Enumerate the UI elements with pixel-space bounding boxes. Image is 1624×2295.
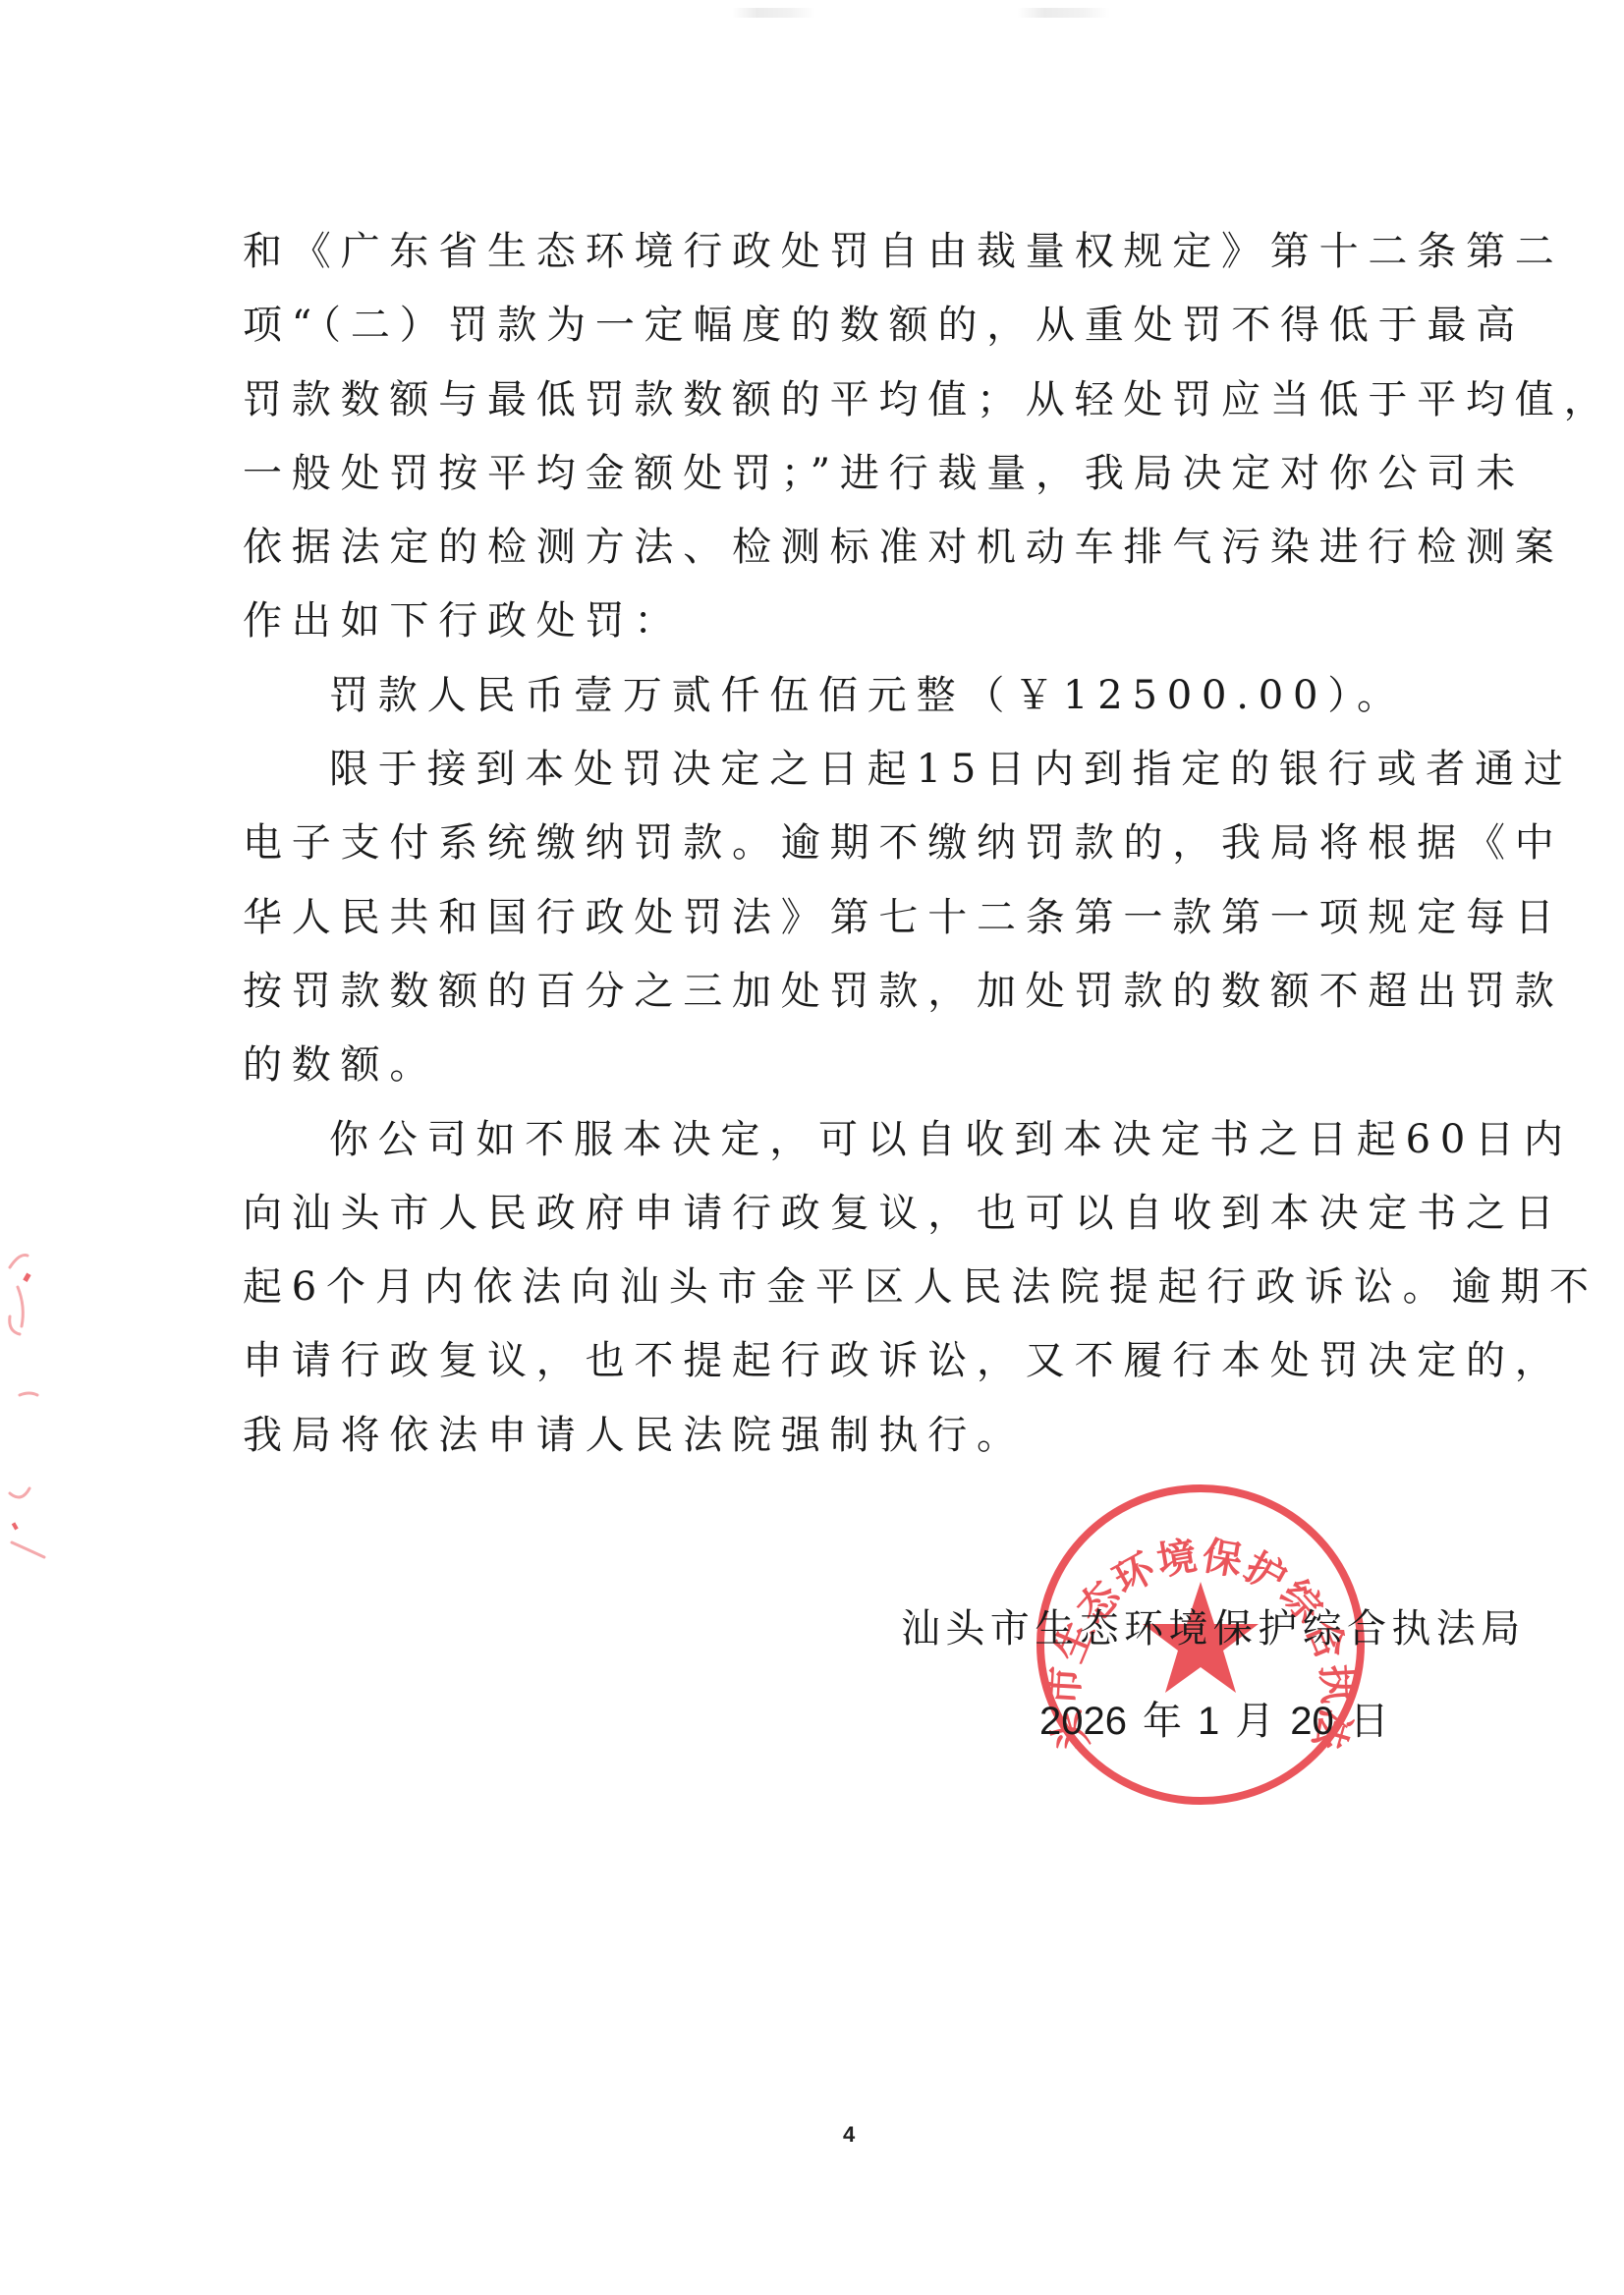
paragraph-line: 限于接到本处罚决定之日起15日内到指定的银行或者通过	[243, 740, 1431, 813]
paragraph-line: 按罚款数额的百分之三加处罚款，加处罚款的数额不超出罚款	[243, 962, 1431, 1036]
paragraph-line: 向汕头市人民政府申请行政复议，也可以自收到本决定书之日	[243, 1184, 1431, 1258]
paragraph-line: 的数额。	[243, 1036, 1431, 1109]
paragraph-line: 电子支付系统缴纳罚款。逾期不缴纳罚款的，我局将根据《中	[243, 813, 1431, 887]
issuer-signature: 汕头市生态环境保护综合执法局	[901, 1601, 1526, 1656]
paragraph-line: 申请行政复议，也不提起行政诉讼，又不履行本处罚决定的，	[243, 1331, 1431, 1405]
paragraph-line: 和《广东省生态环境行政处罚自由裁量权规定》第十二条第二	[243, 222, 1431, 296]
penalty-amount-line: 罚款人民币壹万贰仟伍佰元整（￥12500.00）。	[243, 666, 1431, 740]
paragraph-line: 作出如下行政处罚：	[243, 591, 1431, 665]
paragraph-line: 项“（二）罚款为一定幅度的数额的，从重处罚不得低于最高	[243, 296, 1431, 369]
date-year: 2026	[1039, 1700, 1127, 1743]
document-page: 和《广东省生态环境行政处罚自由裁量权规定》第十二条第二 项“（二）罚款为一定幅度…	[0, 0, 1624, 2295]
date-day: 20	[1290, 1700, 1334, 1743]
issue-date: 2026年1月20日	[1039, 1694, 1405, 1749]
paragraph-line: 起6个月内依法向汕头市金平区人民法院提起行政诉讼。逾期不	[243, 1258, 1431, 1331]
date-month-unit: 月	[1235, 1700, 1274, 1743]
paragraph-line: 华人民共和国行政处罚法》第七十二条第一款第一项规定每日	[243, 888, 1431, 962]
date-month: 1	[1198, 1700, 1219, 1743]
document-body: 和《广东省生态环境行政处罚自由裁量权规定》第十二条第二 项“（二）罚款为一定幅度…	[243, 222, 1431, 1480]
date-day-unit: 日	[1350, 1700, 1389, 1743]
scan-artifact	[732, 8, 815, 18]
paragraph-line: 罚款数额与最低罚款数额的平均值；从轻处罚应当低于平均值，	[243, 370, 1431, 444]
date-year-unit: 年	[1143, 1700, 1182, 1743]
paragraph-line: 你公司如不服本决定，可以自收到本决定书之日起60日内	[243, 1110, 1431, 1184]
paragraph-line: 我局将依法申请人民法院强制执行。	[243, 1406, 1431, 1480]
scan-artifact	[1017, 8, 1110, 18]
perforation-seal-fragment-icon	[0, 1208, 59, 1562]
paragraph-line: 一般处罚按平均金额处罚；”进行裁量，我局决定对你公司未	[243, 444, 1431, 518]
paragraph-line: 依据法定的检测方法、检测标准对机动车排气污染进行检测案	[243, 518, 1431, 591]
page-number: 4	[843, 2122, 855, 2148]
